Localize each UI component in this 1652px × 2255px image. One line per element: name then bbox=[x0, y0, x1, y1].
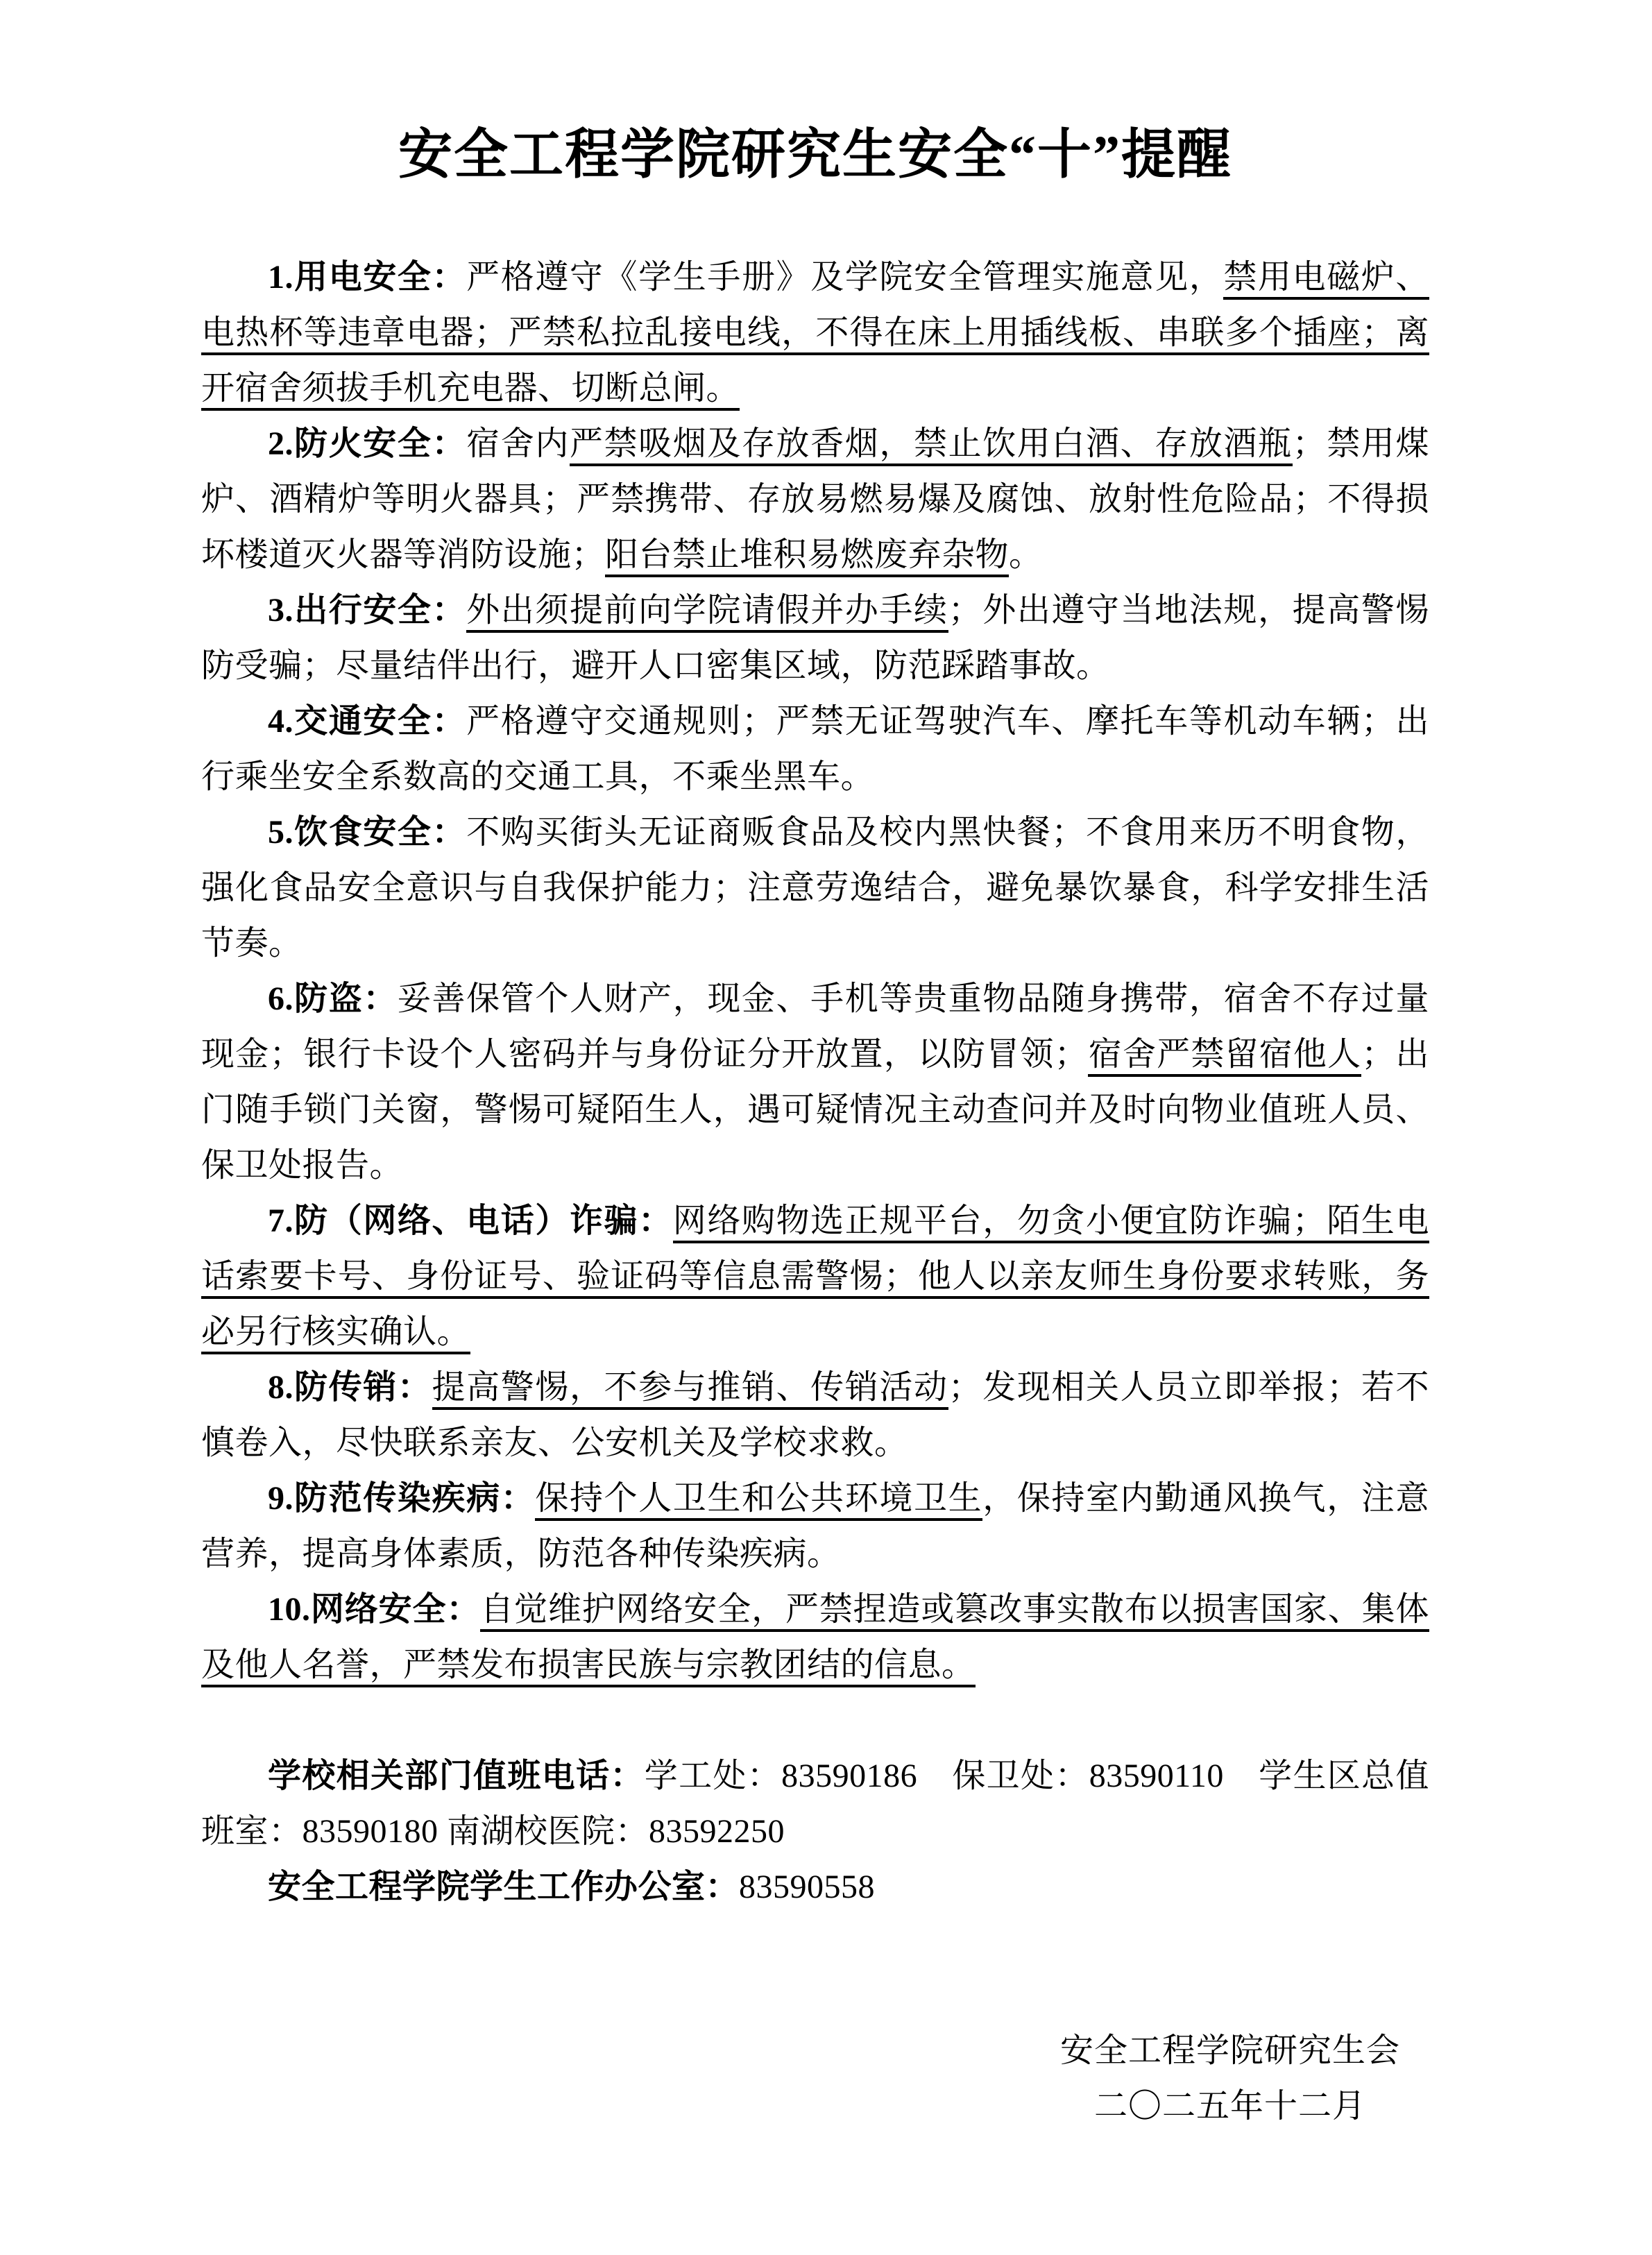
section-heading: 5.饮食安全： bbox=[268, 814, 466, 851]
underlined-text: 保持个人卫生和公共环境卫生 bbox=[535, 1480, 982, 1521]
section-heading: 1.用电安全： bbox=[268, 259, 466, 296]
underlined-text: 严禁吸烟及存放香烟， bbox=[570, 425, 914, 466]
section-paragraph-2: 2.防火安全：宿舍内严禁吸烟及存放香烟，禁止饮用白酒、存放酒瓶；禁用煤炉、酒精炉… bbox=[201, 416, 1429, 583]
underlined-text: 禁止饮用白酒、存放酒瓶 bbox=[914, 425, 1293, 466]
section-paragraph-6: 6.防盗：妥善保管个人财产，现金、手机等贵重物品随身携带，宿舍不存过量现金；银行… bbox=[201, 971, 1429, 1193]
section-heading: 3.出行安全： bbox=[268, 592, 466, 629]
section-paragraph-1: 1.用电安全：严格遵守《学生手册》及学院安全管理实施意见，禁用电磁炉、电热杯等违… bbox=[201, 250, 1429, 416]
section-heading: 4.交通安全： bbox=[268, 703, 466, 740]
signature-org: 安全工程学院研究生会 bbox=[1060, 2023, 1400, 2079]
signature-date: 二〇二五年十二月 bbox=[1060, 2079, 1400, 2134]
section-paragraph-9: 9.防范传染疾病：保持个人卫生和公共环境卫生，保持室内勤通风换气，注意营养，提高… bbox=[201, 1471, 1429, 1582]
underlined-text: 外出须提前向学院请假并办手续 bbox=[466, 592, 948, 633]
section-heading: 9.防范传染疾病： bbox=[268, 1480, 535, 1517]
document-title: 安全工程学院研究生安全“十”提醒 bbox=[201, 118, 1429, 192]
section-paragraph-3: 3.出行安全：外出须提前向学院请假并办手续；外出遵守当地法规，提高警惕防受骗；尽… bbox=[201, 583, 1429, 694]
contact-numbers: 83590558 bbox=[739, 1869, 875, 1905]
underlined-text: 提高警惕，不参与推销、传销活动 bbox=[432, 1369, 948, 1410]
underlined-text: 阳台禁止堆积易燃废弃杂物 bbox=[605, 536, 1009, 577]
contact-paragraph-2: 安全工程学院学生工作办公室：83590558 bbox=[201, 1860, 1429, 1915]
document-page: 安全工程学院研究生安全“十”提醒 1.用电安全：严格遵守《学生手册》及学院安全管… bbox=[0, 0, 1652, 2255]
contact-paragraph-1: 学校相关部门值班电话：学工处：83590186 保卫处：83590110 学生区… bbox=[201, 1748, 1429, 1860]
contact-label: 安全工程学院学生工作办公室： bbox=[268, 1869, 739, 1905]
contact-info: 学校相关部门值班电话：学工处：83590186 保卫处：83590110 学生区… bbox=[201, 1748, 1429, 1915]
section-paragraph-7: 7.防（网络、电话）诈骗：网络购物选正规平台，勿贪小便宜防诈骗；陌生电话索要卡号… bbox=[201, 1193, 1429, 1360]
contact-label: 学校相关部门值班电话： bbox=[268, 1758, 645, 1794]
section-heading: 8.防传销： bbox=[268, 1369, 432, 1406]
body-text: 严格遵守《学生手册》及学院安全管理实施意见， bbox=[466, 259, 1223, 296]
document-body: 1.用电安全：严格遵守《学生手册》及学院安全管理实施意见，禁用电磁炉、电热杯等违… bbox=[201, 250, 1429, 1693]
section-heading: 10.网络安全： bbox=[268, 1591, 480, 1628]
section-paragraph-10: 10.网络安全：自觉维护网络安全，严禁捏造或篡改事实散布以损害国家、集体及他人名… bbox=[201, 1582, 1429, 1693]
signature-block: 安全工程学院研究生会 二〇二五年十二月 bbox=[1060, 2023, 1400, 2134]
section-heading: 2.防火安全： bbox=[268, 425, 466, 462]
section-heading: 7.防（网络、电话）诈骗： bbox=[268, 1202, 673, 1239]
underlined-text: 宿舍严禁留宿他人 bbox=[1088, 1036, 1361, 1077]
section-paragraph-5: 5.饮食安全：不购买街头无证商贩食品及校内黑快餐；不食用来历不明食物，强化食品安… bbox=[201, 805, 1429, 971]
underlined-text: 严禁私拉乱接电线，不得在床上用插线板、串联多个插座； bbox=[508, 314, 1395, 355]
body-text: 宿舍内 bbox=[466, 425, 570, 462]
section-heading: 6.防盗： bbox=[268, 980, 398, 1017]
body-text: 。 bbox=[1009, 536, 1043, 573]
section-paragraph-4: 4.交通安全：严格遵守交通规则；严禁无证驾驶汽车、摩托车等机动车辆；出行乘坐安全… bbox=[201, 694, 1429, 805]
section-paragraph-8: 8.防传销：提高警惕，不参与推销、传销活动；发现相关人员立即举报；若不慎卷入，尽… bbox=[201, 1360, 1429, 1471]
